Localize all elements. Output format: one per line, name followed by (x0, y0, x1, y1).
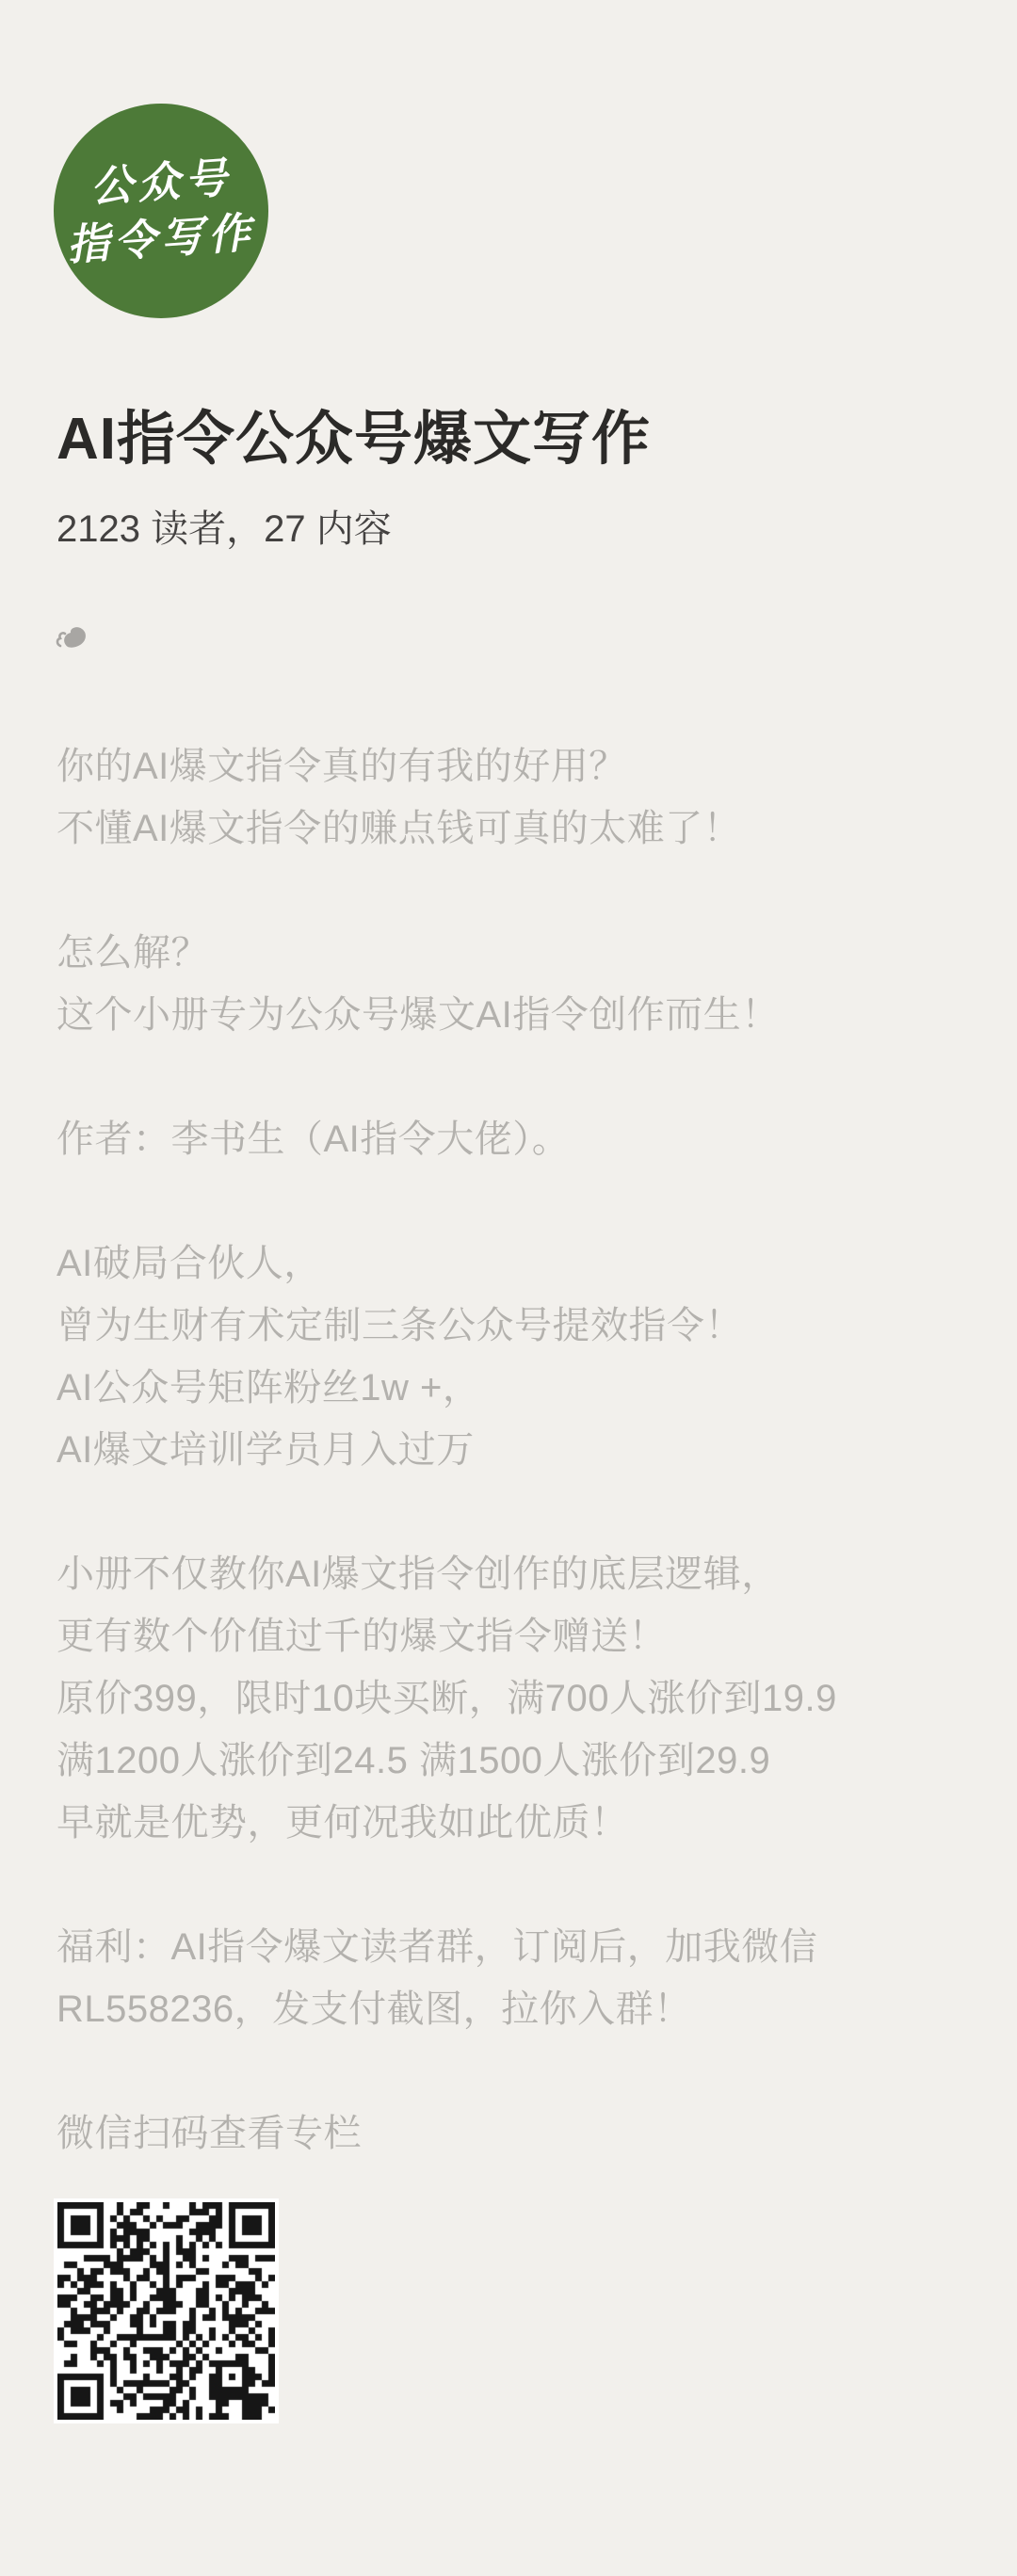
text-line: 作者：李书生（AI指令大佬）。 (56, 1108, 960, 1170)
column-logo: 公众号 指令写作 (54, 104, 268, 318)
text-line: 不懂AI爆文指令的赚点钱可真的太难了！ (56, 797, 960, 860)
paragraph: AI破局合伙人，曾为生财有术定制三条公众号提效指令！AI公众号矩阵粉丝1w +，… (56, 1232, 960, 1481)
wechat-qr-code (54, 2198, 279, 2423)
paragraph: 怎么解？这个小册专为公众号爆文AI指令创作而生！ (56, 922, 960, 1046)
paragraph: 你的AI爆文指令真的有我的好用？不懂AI爆文指令的赚点钱可真的太难了！ (56, 735, 960, 860)
text-line: 早就是优势，更何况我如此优质！ (56, 1792, 960, 1854)
text-line: 更有数个价值过千的爆文指令赠送！ (56, 1605, 960, 1667)
paragraph: 福利：AI指令爆文读者群，订阅后，加我微信RL558236，发支付截图，拉你入群… (56, 1916, 960, 2040)
text-line: AI破局合伙人， (56, 1232, 960, 1295)
text-line: 你的AI爆文指令真的有我的好用？ (56, 735, 960, 797)
leaf-flourish-icon (55, 623, 90, 652)
logo-text-line1: 公众号 (89, 150, 234, 216)
text-line: 怎么解？ (56, 922, 960, 984)
text-line: 这个小册专为公众号爆文AI指令创作而生！ (56, 984, 960, 1046)
logo-text-line2: 指令写作 (65, 204, 257, 274)
text-line: 福利：AI指令爆文读者群，订阅后，加我微信 (56, 1916, 960, 1978)
reader-content-stats: 2123 读者，27 内容 (56, 507, 960, 552)
text-line: 曾为生财有术定制三条公众号提效指令！ (56, 1295, 960, 1357)
text-line: 小册不仅教你AI爆文指令创作的底层逻辑， (56, 1543, 960, 1605)
text-line: 满1200人涨价到24.5 满1500人涨价到29.9 (56, 1730, 960, 1792)
subscription-page: 公众号 指令写作 AI指令公众号爆文写作 2123 读者，27 内容 你的AI爆… (0, 0, 1017, 2576)
paragraph: 小册不仅教你AI爆文指令创作的底层逻辑，更有数个价值过千的爆文指令赠送！原价39… (56, 1543, 960, 1854)
text-line: AI爆文培训学员月入过万 (56, 1419, 960, 1481)
paragraph: 微信扫码查看专栏 (56, 2102, 960, 2165)
text-line: RL558236，发支付截图，拉你入群！ (56, 1978, 960, 2040)
text-line: 原价399，限时10块买断，满700人涨价到19.9 (56, 1667, 960, 1730)
text-line: AI公众号矩阵粉丝1w +， (56, 1357, 960, 1419)
text-line: 微信扫码查看专栏 (56, 2102, 960, 2165)
paragraph: 作者：李书生（AI指令大佬）。 (56, 1108, 960, 1170)
page-title: AI指令公众号爆文写作 (56, 405, 960, 475)
body-paragraphs: 你的AI爆文指令真的有我的好用？不懂AI爆文指令的赚点钱可真的太难了！怎么解？这… (56, 735, 960, 2165)
